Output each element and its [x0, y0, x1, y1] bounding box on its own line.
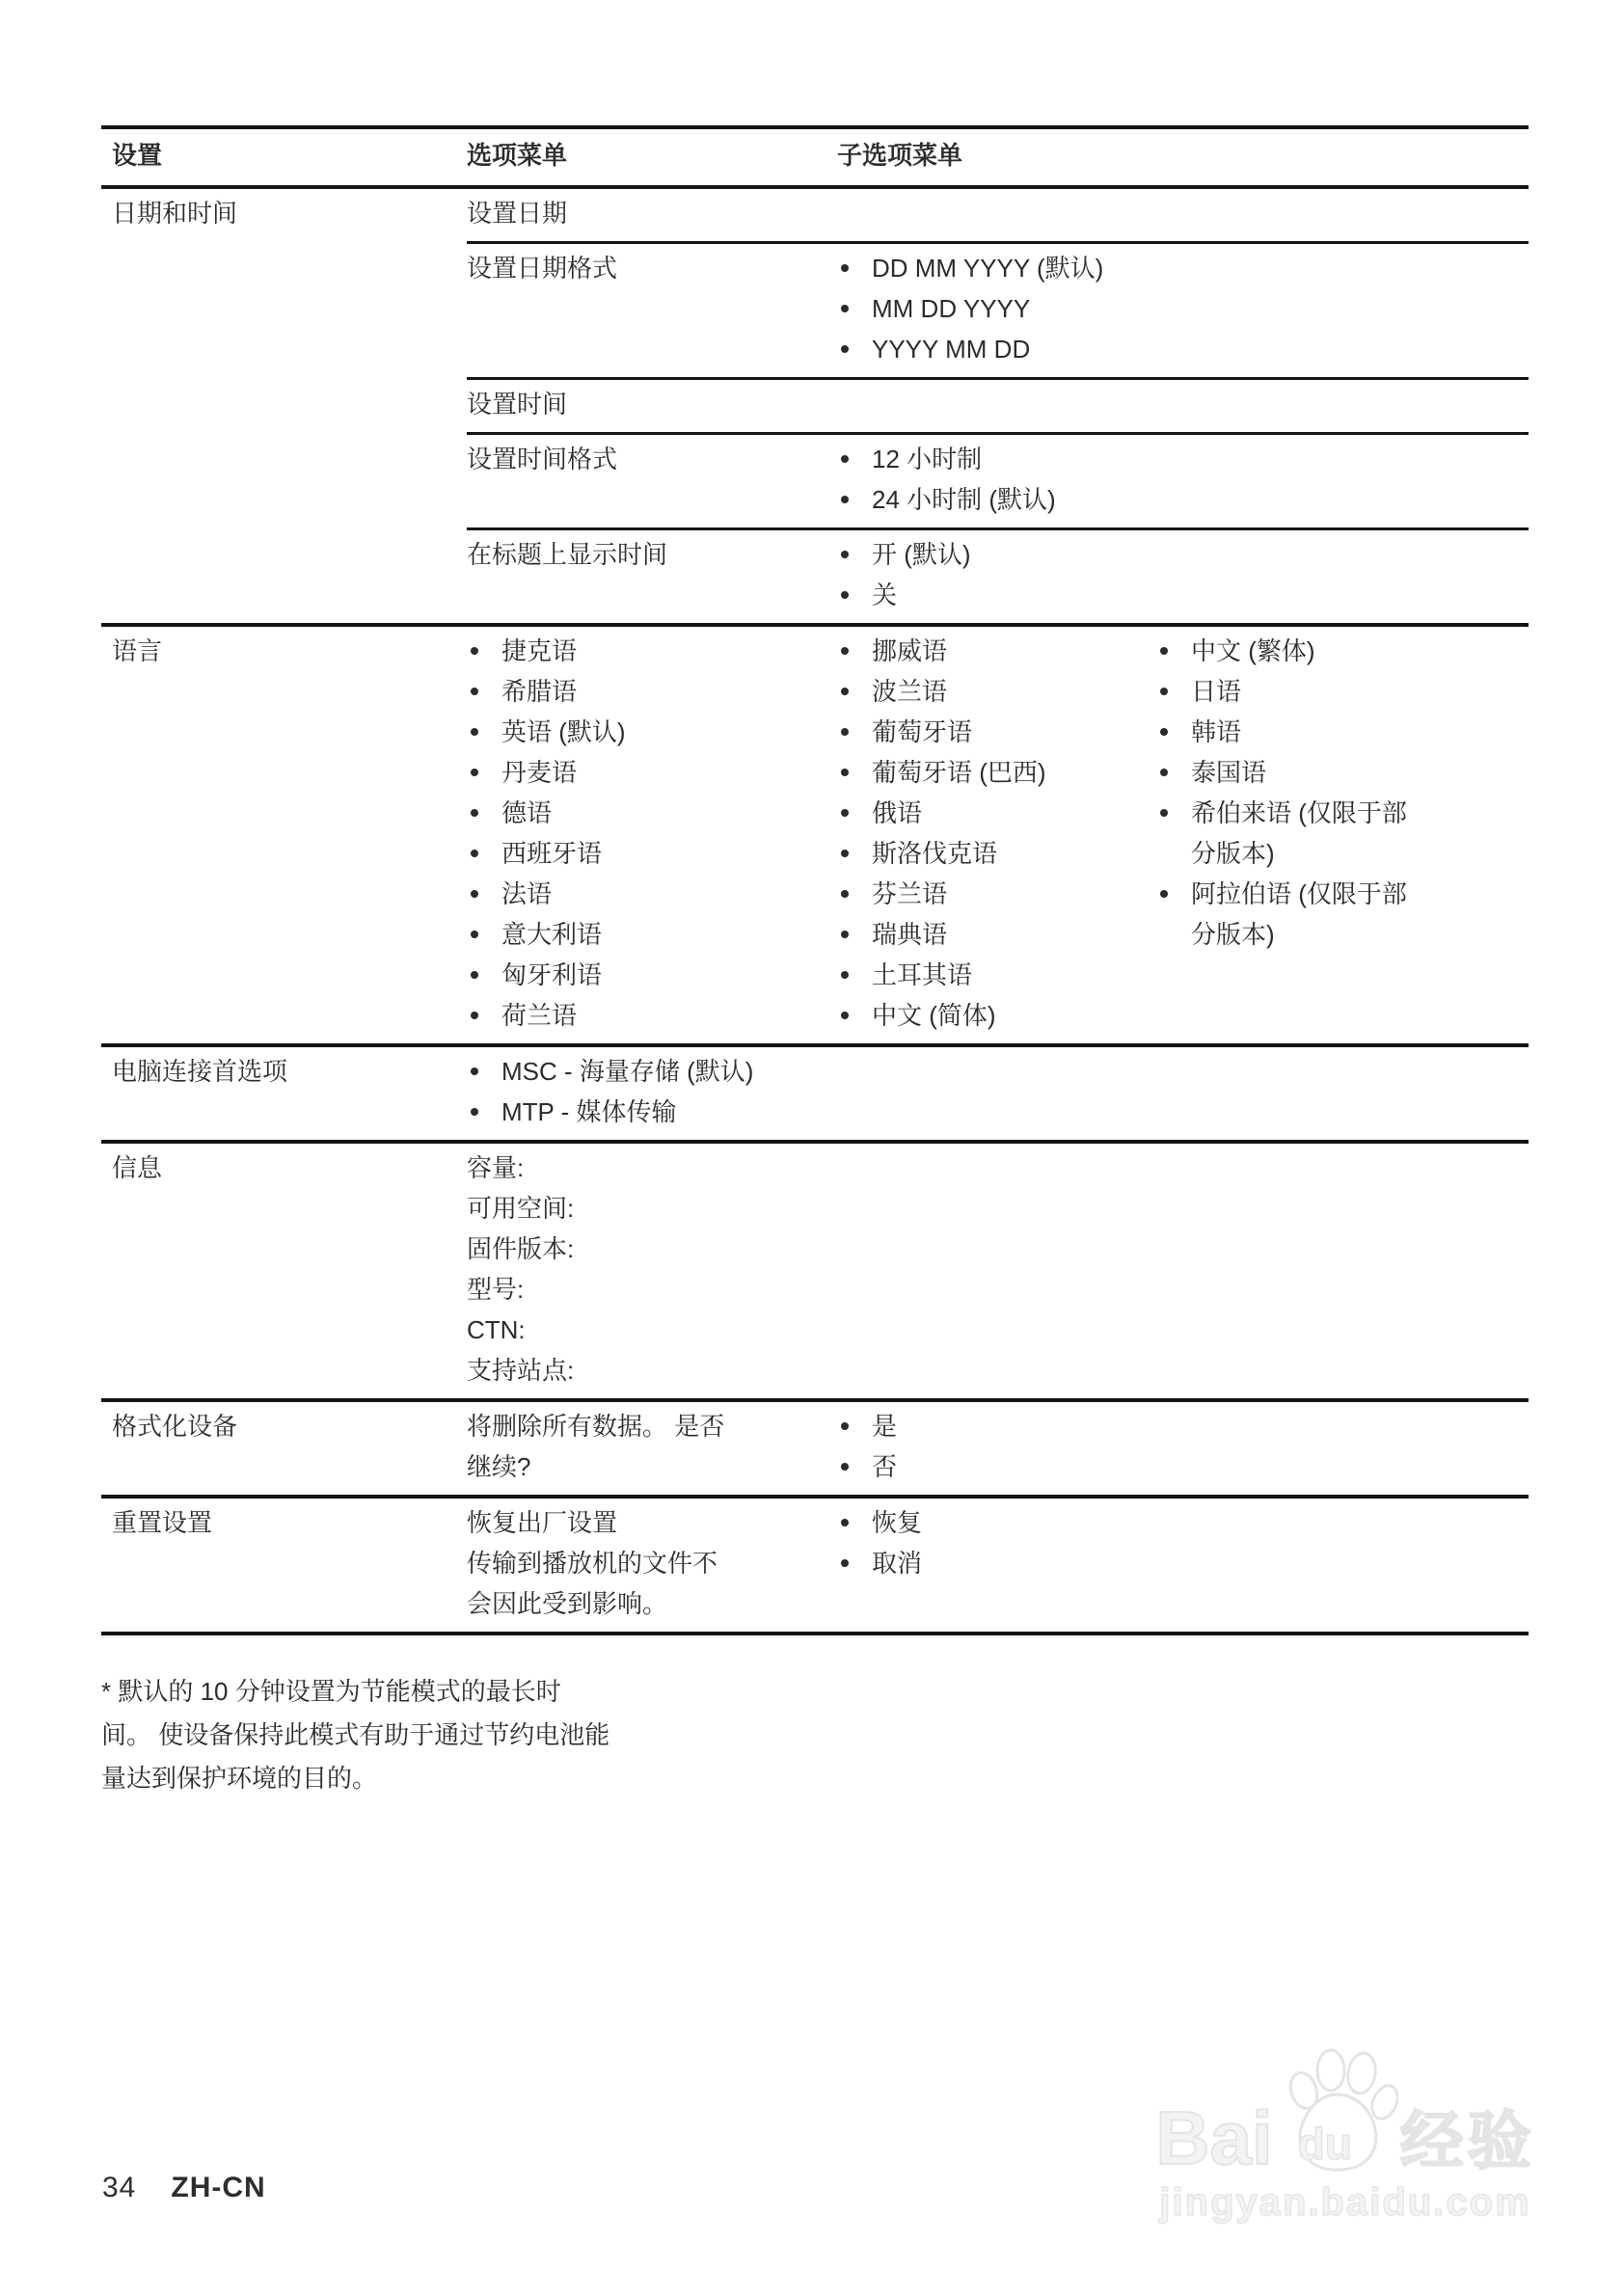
watermark-url: jingyan.baidu.com [1143, 2181, 1548, 2225]
list-item: 希腊语 [467, 671, 837, 712]
page-number: 34 [102, 2172, 136, 2204]
header-setting: 设置 [101, 135, 467, 176]
baidu-jingyan-watermark: Bai du 经验 jingyan.baidu.com [1143, 2044, 1548, 2225]
table-row: 在标题上显示时间 开 (默认)关 [467, 530, 1529, 623]
list-item: 希伯来语 (仅限于部 分版本) [1156, 793, 1529, 874]
option-label: 设置日期 [467, 193, 837, 233]
list-item: 容量: [467, 1148, 1529, 1188]
list-item: 固件版本: [467, 1229, 1529, 1269]
watermark-du-text: du [1298, 2118, 1352, 2170]
list-item: 葡萄牙语 (巴西) [837, 752, 1156, 793]
list-item: CTN: [467, 1310, 1529, 1350]
sub-option-list: 开 (默认)关 [837, 534, 1529, 615]
sub-option-list: MSC - 海量存储 (默认)MTP - 媒体传输 [467, 1051, 1529, 1132]
setting-label: 语言 [101, 631, 467, 1036]
section-format-device: 格式化设备 将删除所有数据。 是否 继续? 是否 [101, 1402, 1529, 1499]
list-item: 型号: [467, 1269, 1529, 1310]
section-date-time: 日期和时间 设置日期 设置日期格式 DD MM YYYY (默认)MM DD Y… [101, 189, 1529, 627]
list-item: 斯洛伐克语 [837, 833, 1156, 874]
list-item: 是 [837, 1406, 1529, 1446]
manual-page: 设置 选项菜单 子选项菜单 日期和时间 设置日期 设置日期格式 DD MM YY… [0, 0, 1624, 2296]
list-item: 开 (默认) [837, 534, 1529, 575]
setting-label: 重置设置 [101, 1502, 467, 1624]
list-item: 阿拉伯语 (仅限于部 分版本) [1156, 874, 1529, 955]
format-prompt: 将删除所有数据。 是否 继续? [467, 1406, 837, 1487]
table-row: 设置日期 [467, 189, 1529, 244]
settings-table: 设置 选项菜单 子选项菜单 日期和时间 设置日期 设置日期格式 DD MM YY… [101, 125, 1529, 1635]
language-list-1: 捷克语希腊语英语 (默认)丹麦语德语西班牙语法语意大利语匈牙利语荷兰语 [467, 631, 837, 1036]
header-sub-option-menu: 子选项菜单 [837, 135, 1529, 176]
watermark-bai-text: Bai [1155, 2100, 1272, 2175]
list-item: 恢复 [837, 1502, 1529, 1543]
info-field-list: 容量:可用空间:固件版本:型号:CTN:支持站点: [467, 1148, 1529, 1391]
option-label: 在标题上显示时间 [467, 534, 837, 615]
section-information: 信息 容量:可用空间:固件版本:型号:CTN:支持站点: [101, 1144, 1529, 1402]
setting-label: 格式化设备 [101, 1406, 467, 1487]
option-label: 设置日期格式 [467, 248, 837, 369]
list-item: YYYY MM DD [837, 329, 1529, 369]
option-label: 设置时间格式 [467, 439, 837, 520]
list-item: 法语 [467, 874, 837, 914]
sub-option-list: 12 小时制24 小时制 (默认) [837, 439, 1529, 520]
list-item: 取消 [837, 1543, 1529, 1583]
list-item: MTP - 媒体传输 [467, 1092, 1529, 1132]
list-item: 否 [837, 1446, 1529, 1487]
sub-option-list: 恢复取消 [837, 1502, 1529, 1624]
setting-label: 信息 [101, 1148, 467, 1391]
list-item: 荷兰语 [467, 995, 837, 1036]
date-time-sub-rows: 设置日期 设置日期格式 DD MM YYYY (默认)MM DD YYYYYYY… [467, 189, 1529, 623]
list-item: 土耳其语 [837, 955, 1156, 995]
list-item: 波兰语 [837, 671, 1156, 712]
table-header-row: 设置 选项菜单 子选项菜单 [101, 129, 1529, 189]
list-item: 匈牙利语 [467, 955, 837, 995]
table-row: 设置时间 [467, 380, 1529, 435]
list-item: 俄语 [837, 793, 1156, 833]
list-item: 英语 (默认) [467, 712, 837, 752]
list-item: 12 小时制 [837, 439, 1529, 479]
list-item: 丹麦语 [467, 752, 837, 793]
list-item: 关 [837, 575, 1529, 615]
language-list-3: 中文 (繁体)日语韩语泰国语希伯来语 (仅限于部 分版本)阿拉伯语 (仅限于部 … [1156, 631, 1529, 1036]
list-item: 瑞典语 [837, 914, 1156, 955]
list-item: 泰国语 [1156, 752, 1529, 793]
locale-label: ZH-CN [171, 2172, 265, 2204]
option-label: 设置时间 [467, 384, 837, 424]
watermark-jingyan-text: 经验 [1400, 2106, 1535, 2175]
section-reset-settings: 重置设置 恢复出厂设置 传输到播放机的文件不 会因此受到影响。 恢复取消 [101, 1499, 1529, 1635]
list-item: 中文 (繁体) [1156, 631, 1529, 671]
list-item: 德语 [467, 793, 837, 833]
paw-icon: du [1275, 2044, 1398, 2175]
list-item: MSC - 海量存储 (默认) [467, 1051, 1529, 1092]
list-item: 中文 (简体) [837, 995, 1156, 1036]
table-row: 设置日期格式 DD MM YYYY (默认)MM DD YYYYYYYY MM … [467, 244, 1529, 380]
list-item: 芬兰语 [837, 874, 1156, 914]
header-option-menu: 选项菜单 [467, 135, 837, 176]
list-item: 意大利语 [467, 914, 837, 955]
table-row: 设置时间格式 12 小时制24 小时制 (默认) [467, 435, 1529, 530]
footnote: * 默认的 10 分钟设置为节能模式的最长时 间。 使设备保持此模式有助于通过节… [101, 1670, 757, 1800]
list-item: 捷克语 [467, 631, 837, 671]
page-footer: 34 ZH-CN [102, 2172, 266, 2204]
list-item: 可用空间: [467, 1188, 1529, 1229]
setting-label: 电脑连接首选项 [101, 1051, 467, 1132]
list-item: 日语 [1156, 671, 1529, 712]
list-item: 支持站点: [467, 1350, 1529, 1391]
section-language: 语言 捷克语希腊语英语 (默认)丹麦语德语西班牙语法语意大利语匈牙利语荷兰语 挪… [101, 627, 1529, 1047]
reset-description: 恢复出厂设置 传输到播放机的文件不 会因此受到影响。 [467, 1502, 837, 1624]
list-item: 挪威语 [837, 631, 1156, 671]
list-item: 西班牙语 [467, 833, 837, 874]
watermark-logo-row: Bai du 经验 [1143, 2044, 1548, 2175]
list-item: 葡萄牙语 [837, 712, 1156, 752]
language-list-2: 挪威语波兰语葡萄牙语葡萄牙语 (巴西)俄语斯洛伐克语芬兰语瑞典语土耳其语中文 (… [837, 631, 1156, 1036]
sub-option-list: 是否 [837, 1406, 1529, 1487]
list-item: DD MM YYYY (默认) [837, 248, 1529, 288]
list-item: 韩语 [1156, 712, 1529, 752]
setting-label: 日期和时间 [101, 189, 467, 623]
list-item: 24 小时制 (默认) [837, 479, 1529, 520]
section-pc-connection: 电脑连接首选项 MSC - 海量存储 (默认)MTP - 媒体传输 [101, 1047, 1529, 1144]
sub-option-list: DD MM YYYY (默认)MM DD YYYYYYYY MM DD [837, 248, 1529, 369]
list-item: MM DD YYYY [837, 288, 1529, 329]
